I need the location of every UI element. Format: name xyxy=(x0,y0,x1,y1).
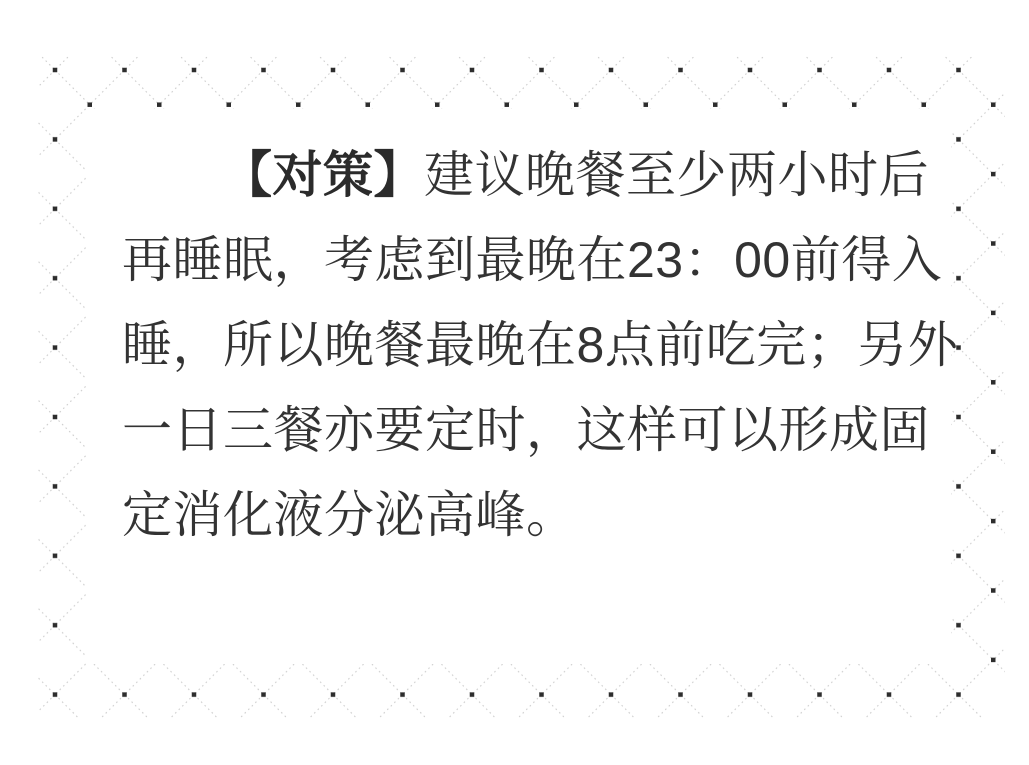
paragraph: 【对策】建议晚餐至少两小时后 再睡眠，考虑到最晚在23：00前得入 睡，所以晚餐… xyxy=(122,133,941,558)
text-line-2: 再睡眠，考虑到最晚在23：00前得入 xyxy=(122,218,941,303)
text-line-3: 睡，所以晚餐最晚在8点前吃完；另外 xyxy=(122,303,941,388)
text-line-1: 【对策】建议晚餐至少两小时后 xyxy=(122,133,941,218)
text-line-4: 一日三餐亦要定时，这样可以形成固 xyxy=(122,388,941,473)
content-card: 【对策】建议晚餐至少两小时后 再睡眠，考虑到最晚在23：00前得入 睡，所以晚餐… xyxy=(86,109,951,664)
topic-tag: 【对策】 xyxy=(222,147,424,203)
text-line-5: 定消化液分泌高峰。 xyxy=(122,473,941,558)
page-background: 【对策】建议晚餐至少两小时后 再睡眠，考虑到最晚在23：00前得入 睡，所以晚餐… xyxy=(0,0,1029,765)
text-line-1-rest: 建议晚餐至少两小时后 xyxy=(424,147,929,203)
